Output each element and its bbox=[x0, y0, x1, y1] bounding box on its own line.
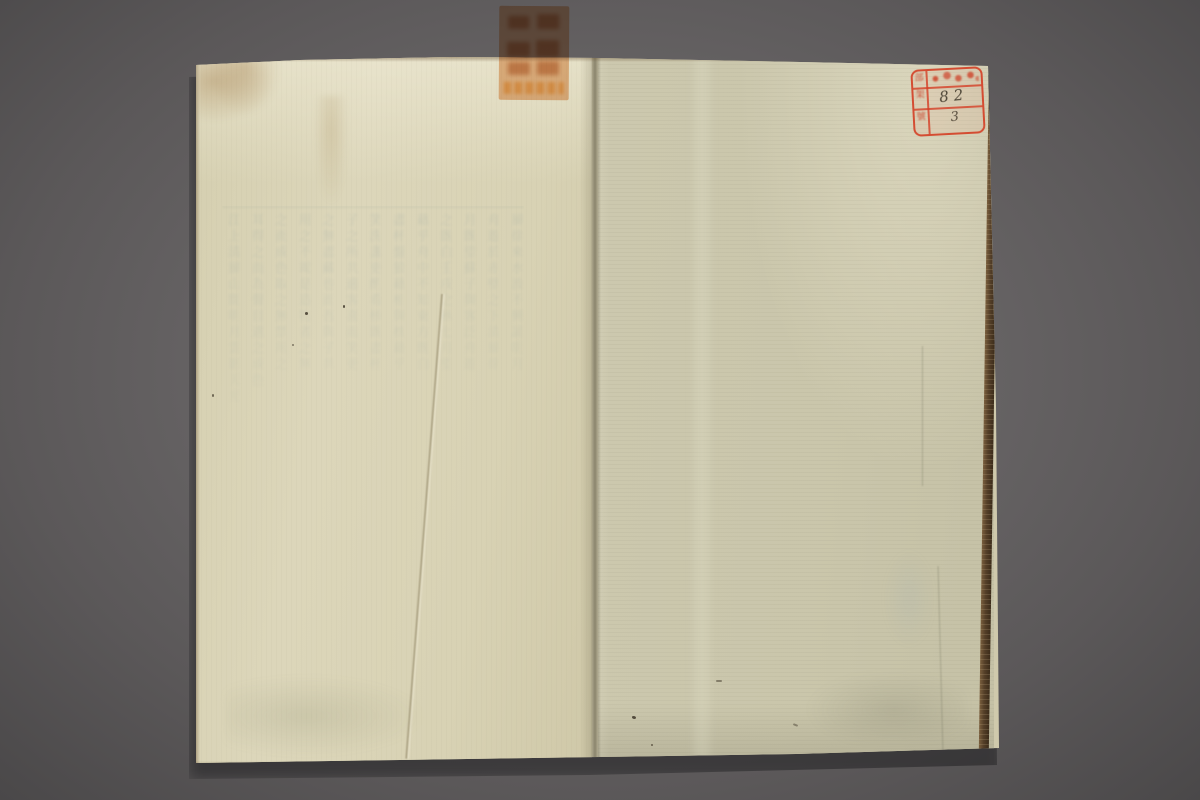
book: 江上清風山間明月雲影天光耳得之而為聲目遇之成色之而成色取之無禁用之用之不竭是造物… bbox=[196, 56, 999, 768]
library-stamp: 部 架 號 82 3 bbox=[910, 66, 985, 137]
foxing-speck bbox=[292, 344, 294, 346]
bleedthrough-column: 舟遊於赤壁之下清風徐 bbox=[485, 213, 498, 571]
page-fold-highlight bbox=[694, 56, 710, 768]
stamp-row-label: 號 bbox=[915, 113, 928, 123]
seal-dotted-band bbox=[504, 82, 564, 94]
bleedthrough-column: 江上清風山間明月雲影天光 bbox=[226, 213, 239, 571]
seal-glyph bbox=[508, 62, 530, 75]
bleedthrough-columns: 江上清風山間明月雲影天光耳得之而為聲目遇之成色之而成色取之無禁用之用之不竭是造物… bbox=[226, 213, 522, 571]
bleedthrough-column: 用之不竭是造物者之無 bbox=[297, 213, 310, 571]
bleedthrough-column: 之既白壬戌之秋七月望 bbox=[438, 213, 451, 571]
bleedthrough-column: 盡杯盤狼藉相與枕藉乎 bbox=[391, 213, 404, 571]
corner-stain bbox=[198, 60, 284, 130]
stamp-row-label: 架 bbox=[913, 91, 926, 101]
seal-glyph bbox=[537, 61, 559, 75]
seal-glyph bbox=[536, 40, 559, 57]
gutter-shadow bbox=[580, 56, 610, 768]
foxing-speck bbox=[651, 744, 653, 746]
stamp-volume-number: 3 bbox=[930, 107, 979, 127]
page-crease bbox=[922, 346, 923, 486]
stamp-header-smudge bbox=[927, 69, 979, 85]
bleedthrough-column: 笑洗盞更酌肴核既盡杯 bbox=[367, 213, 380, 571]
seal-glyph bbox=[537, 14, 559, 29]
bleedthrough-column: 子之所共適客喜而笑更 bbox=[344, 213, 357, 571]
bleedthrough-column: 之而成色取之無禁用之 bbox=[273, 213, 286, 571]
stamp-shelf-number: 82 bbox=[929, 84, 979, 107]
foxing-speck bbox=[212, 394, 214, 397]
bleedthrough-column: 月既望蘇子與客泛舟遊 bbox=[462, 213, 475, 571]
collection-seal-label bbox=[499, 6, 570, 100]
fiber-mark bbox=[716, 680, 722, 682]
photograph-background: 江上清風山間明月雲影天光耳得之而為聲目遇之成色之而成色取之無禁用之用之不竭是造物… bbox=[0, 0, 1200, 800]
bleedthrough-text-block: 江上清風山間明月雲影天光耳得之而為聲目遇之成色之而成色取之無禁用之用之不竭是造物… bbox=[222, 206, 524, 571]
laid-paper-texture bbox=[598, 56, 994, 768]
bleedthrough-column: 耳得之而為聲目遇之成色 bbox=[250, 213, 263, 571]
foxing-speck bbox=[632, 716, 636, 719]
bottom-smudge bbox=[226, 676, 426, 756]
bleedthrough-column: 之無盡藏也而吾與子共 bbox=[320, 213, 333, 571]
seal-glyph bbox=[508, 16, 529, 29]
bottom-smudge bbox=[806, 671, 966, 741]
stamp-row-label: 部 bbox=[913, 74, 926, 84]
stain-streak bbox=[314, 96, 348, 206]
bleedthrough-column: 風徐來水波不興誦明月 bbox=[509, 213, 522, 571]
bleedthrough-frame-line bbox=[222, 206, 524, 208]
seal-glyph bbox=[507, 42, 530, 57]
foxing-speck bbox=[343, 305, 345, 308]
right-page bbox=[598, 56, 994, 768]
bleedthrough-column: 藉乎舟中不知東方既白 bbox=[415, 213, 428, 571]
foxing-speck bbox=[305, 312, 308, 315]
paper-tint-patch bbox=[886, 551, 932, 646]
left-page: 江上清風山間明月雲影天光耳得之而為聲目遇之成色之而成色取之無禁用之用之不竭是造物… bbox=[196, 56, 592, 768]
